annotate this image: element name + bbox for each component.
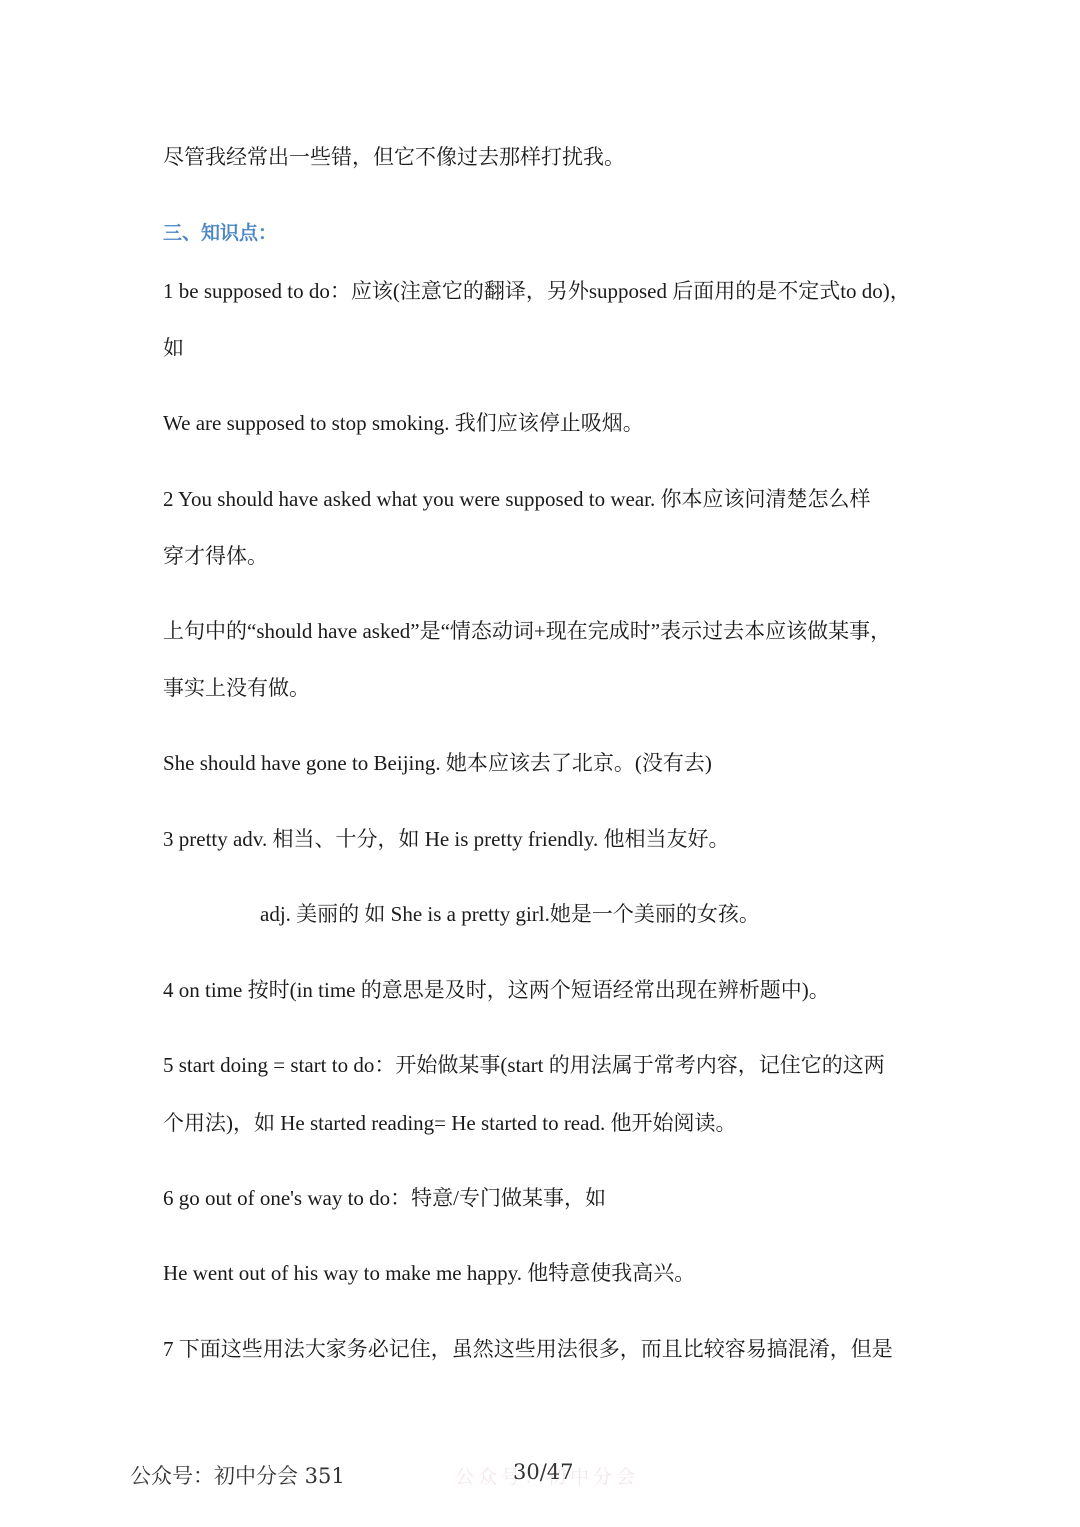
text-line: 事实上没有做。 <box>163 673 310 703</box>
footer-account: 公众号：初中分会 351 <box>130 1460 345 1490</box>
text-line: We are supposed to stop smoking. 我们应该停止吸… <box>163 408 644 438</box>
text-line: 如 <box>163 333 184 363</box>
text-line: 穿才得体。 <box>163 541 268 571</box>
text-line: 4 on time 按时(in time 的意思是及时，这两个短语经常出现在辨析… <box>163 975 830 1005</box>
text-line: 1 be supposed to do：应该(注意它的翻译，另外supposed… <box>163 276 911 306</box>
text-line: 6 go out of one's way to do：特意/专门做某事，如 <box>163 1183 606 1213</box>
page-number: 30/47 <box>513 1460 574 1484</box>
text-line: 2 You should have asked what you were su… <box>163 484 871 514</box>
text-line: 尽管我经常出一些错，但它不像过去那样打扰我。 <box>163 142 625 172</box>
text-line: 个用法)，如 He started reading= He started to… <box>163 1108 736 1138</box>
text-line: He went out of his way to make me happy.… <box>163 1258 695 1288</box>
text-line: 3 pretty adv. 相当、十分，如 He is pretty frien… <box>163 824 730 854</box>
text-line: She should have gone to Beijing. 她本应该去了北… <box>163 748 712 778</box>
section-heading: 三、知识点： <box>163 218 277 248</box>
text-line: 7 下面这些用法大家务必记住，虽然这些用法很多，而且比较容易搞混淆，但是 <box>163 1334 893 1364</box>
text-line: 上句中的“should have asked”是“情态动词+现在完成时”表示过去… <box>163 616 891 646</box>
text-line: adj. 美丽的 如 She is a pretty girl.她是一个美丽的女… <box>260 899 760 929</box>
text-line: 5 start doing = start to do：开始做某事(start … <box>163 1050 885 1080</box>
